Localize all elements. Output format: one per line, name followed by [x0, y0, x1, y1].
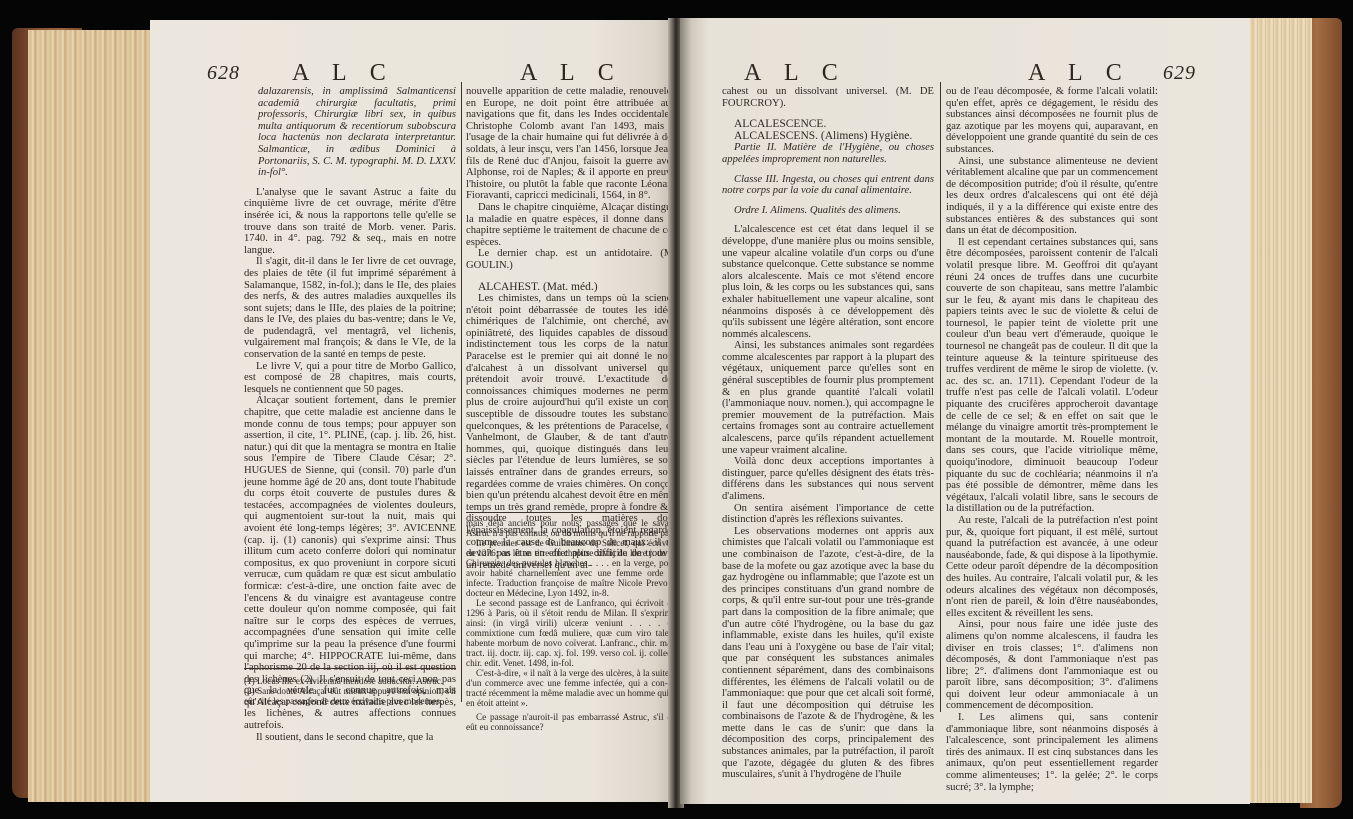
page-edges-left [28, 30, 150, 802]
entry-headword-alcahest: ALCAHEST. (Mat. méd.) [466, 282, 676, 294]
paragraph: Le dernier chap. est un antidotaire. (M.… [466, 248, 676, 271]
paragraph: cahest ou un dissolvant universel. (M. D… [722, 86, 934, 109]
footnote-2: (2) Sans doute Alcaçar eût mieux appuyé … [244, 686, 456, 706]
paragraph: On sentira aisément l'importance de cett… [722, 503, 934, 526]
paragraph: Le livre V, qui a pour titre de Morbo Ga… [244, 361, 456, 396]
paragraph: Au reste, l'alcali de la putréfaction n'… [946, 515, 1158, 619]
classification-ordre: Ordre I. Alimens. Qualités des alimens. [722, 205, 934, 217]
page-edges-right [1250, 18, 1312, 803]
column-divider-left [461, 82, 462, 702]
paragraph: L'analyse que le savant Astruc a faite d… [244, 187, 456, 257]
footnotes-left: (1) Locus ille ex Avicennâ mendosè adduc… [244, 676, 456, 706]
left-page-column-1: dalazarensis, in amplissimâ Salmanticens… [244, 86, 456, 743]
footnote-rule-left [244, 668, 456, 669]
paragraph: nouvelle apparition de cette maladie, re… [466, 86, 676, 202]
paragraph: Ainsi, les substances animales sont rega… [722, 340, 934, 456]
classification-partie: Partie II. Matière de l'Hygiène, ou chos… [722, 142, 934, 165]
running-head-right-2: A L C [1028, 60, 1131, 87]
folio-right: 629 [1163, 62, 1196, 85]
footnote-text: Le premier est de Guillaume de Salicet, … [466, 538, 676, 598]
column-divider-right [940, 82, 941, 712]
right-page-column-1: cahest ou un dissolvant universel. (M. D… [722, 86, 934, 781]
classification-classe: Classe III. Ingesta, ou choses qui entre… [722, 174, 934, 197]
paragraph: Il s'agit, dit-il dans le Ier livre de c… [244, 256, 456, 360]
running-head-right-1: A L C [744, 60, 847, 87]
paragraph: Il est cependant certaines substances qu… [946, 237, 1158, 515]
footnote-continuation: mais déjà anciens pour nous; passages qu… [466, 518, 676, 732]
footnote-text: Ce passage n'auroit-il pas embarrassé As… [466, 712, 676, 732]
folio-left: 628 [207, 62, 240, 85]
footnote-rule-left-col2 [466, 512, 676, 513]
paragraph: Ainsi, pour nous faire une idée juste de… [946, 619, 1158, 712]
paragraph: L'alcalescence est cet état dans lequel … [722, 224, 934, 340]
running-head-left-1: A L C [292, 60, 395, 87]
left-page-column-2: nouvelle apparition de cette maladie, re… [466, 86, 676, 571]
paragraph: Voilà donc deux acceptions importantes à… [722, 456, 934, 502]
paragraph: ou de l'eau décomposée, & forme l'alcali… [946, 86, 1158, 156]
paragraph: Les observations modernes ont appris aux… [722, 526, 934, 781]
footnote-text: mais déjà anciens pour nous; passages qu… [466, 518, 676, 538]
paragraph: Il soutient, dans le second chapitre, qu… [244, 732, 456, 744]
footnote-text: C'est-à-dire, « il naît à la verge des u… [466, 668, 676, 708]
entry-headword-alcalescens: ALCALESCENS. (Alimens) Hygiène. [722, 131, 934, 143]
footnote-1: (1) Locus ille ex Avicennâ mendosè adduc… [244, 676, 456, 686]
bibliographic-citation: dalazarensis, in amplissimâ Salmanticens… [244, 86, 456, 179]
running-head-left-2: A L C [520, 60, 623, 87]
paragraph: I. Les alimens qui, sans contenir d'ammo… [946, 712, 1158, 793]
paragraph: Ainsi, une substance alimenteuse ne devi… [946, 156, 1158, 237]
footnote-text: Le second passage est de Lanfranco, qui … [466, 598, 676, 668]
right-page-column-2: ou de l'eau décomposée, & forme l'alcali… [946, 86, 1158, 793]
paragraph: Dans le chapitre cinquième, Alcaçar dist… [466, 202, 676, 248]
